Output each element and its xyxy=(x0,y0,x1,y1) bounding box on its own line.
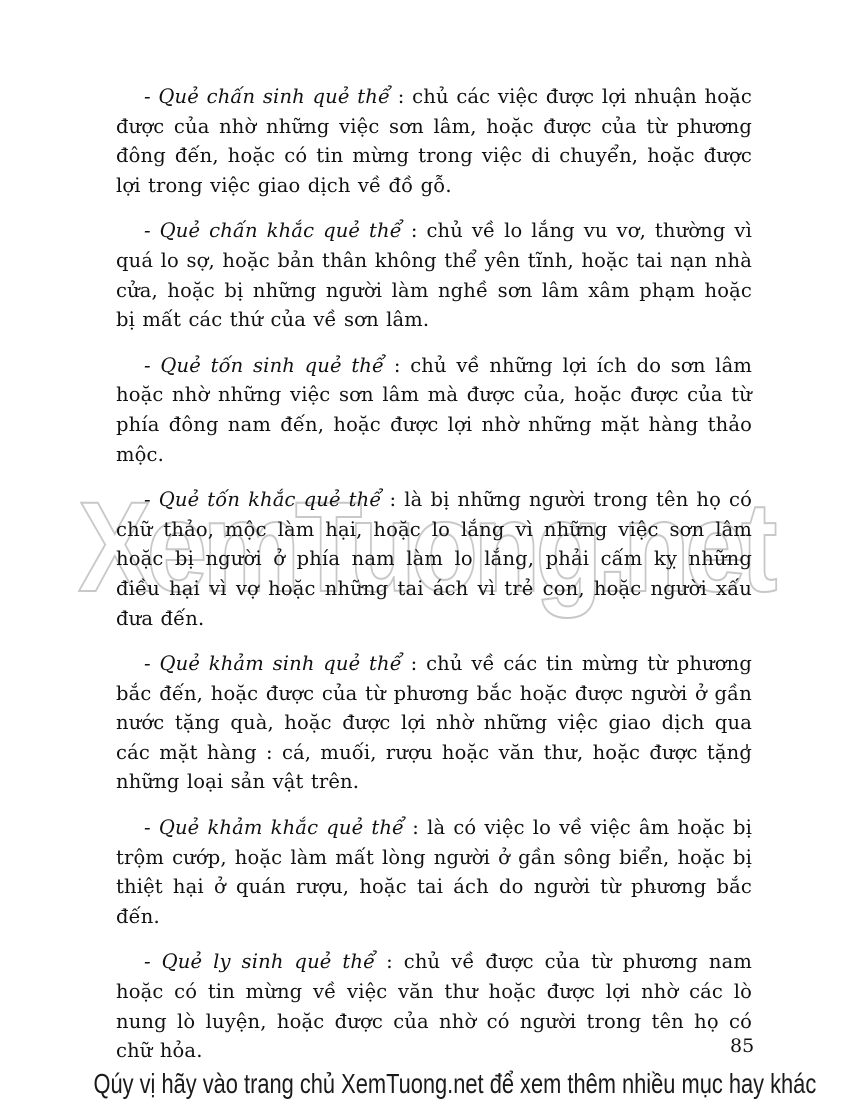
site-footer-banner: Qúy vị hãy vào trang chủ XemTuong.net để… xyxy=(94,1066,757,1102)
book-page: XemTuong.net - Quẻ chấn sinh quẻ thể : c… xyxy=(0,0,850,1113)
page-number: 85 xyxy=(730,1034,754,1058)
paragraph-chan-sinh: - Quẻ chấn sinh quẻ thể : chủ các việc đ… xyxy=(116,82,752,200)
scan-speck xyxy=(651,889,656,890)
paragraph-ly-sinh: - Quẻ ly sinh quẻ thể : chủ về được của … xyxy=(116,947,752,1065)
paragraph-kham-khac: - Quẻ khảm khắc quẻ thể : là có việc lo … xyxy=(116,813,752,931)
paragraph-ton-khac: - Quẻ tốn khắc quẻ thể : là bị những ngư… xyxy=(116,485,752,633)
footer-suffix: để xem thêm nhiều mục hay khác xyxy=(484,1068,817,1099)
body-text: - Quẻ chấn sinh quẻ thể : chủ các việc đ… xyxy=(116,82,752,1082)
paragraph-lead: - Quẻ khảm khắc quẻ thể xyxy=(144,816,404,839)
paragraph-chan-khac: - Quẻ chấn khắc quẻ thể : chủ về lo lắng… xyxy=(116,216,752,334)
paragraph-lead: - Quẻ khảm sinh quẻ thể xyxy=(144,652,402,675)
paragraph-lead: - Quẻ tốn khắc quẻ thể xyxy=(144,488,382,511)
paragraph-lead: - Quẻ chấn sinh quẻ thể xyxy=(144,85,390,108)
footer-site-link[interactable]: XemTuong.net xyxy=(341,1068,483,1099)
paragraph-lead: - Quẻ ly sinh quẻ thể xyxy=(144,950,375,973)
paragraph-lead: - Quẻ chấn khắc quẻ thể xyxy=(144,219,402,242)
footer-prefix: Qúy vị hãy vào trang chủ xyxy=(94,1068,342,1099)
paragraph-lead: - Quẻ tốn sinh quẻ thể xyxy=(144,354,384,377)
paragraph-kham-sinh: - Quẻ khảm sinh quẻ thể : chủ về các tin… xyxy=(116,649,752,797)
scan-speck xyxy=(746,744,748,749)
paragraph-ton-sinh: - Quẻ tốn sinh quẻ thể : chủ về những lợ… xyxy=(116,351,752,469)
